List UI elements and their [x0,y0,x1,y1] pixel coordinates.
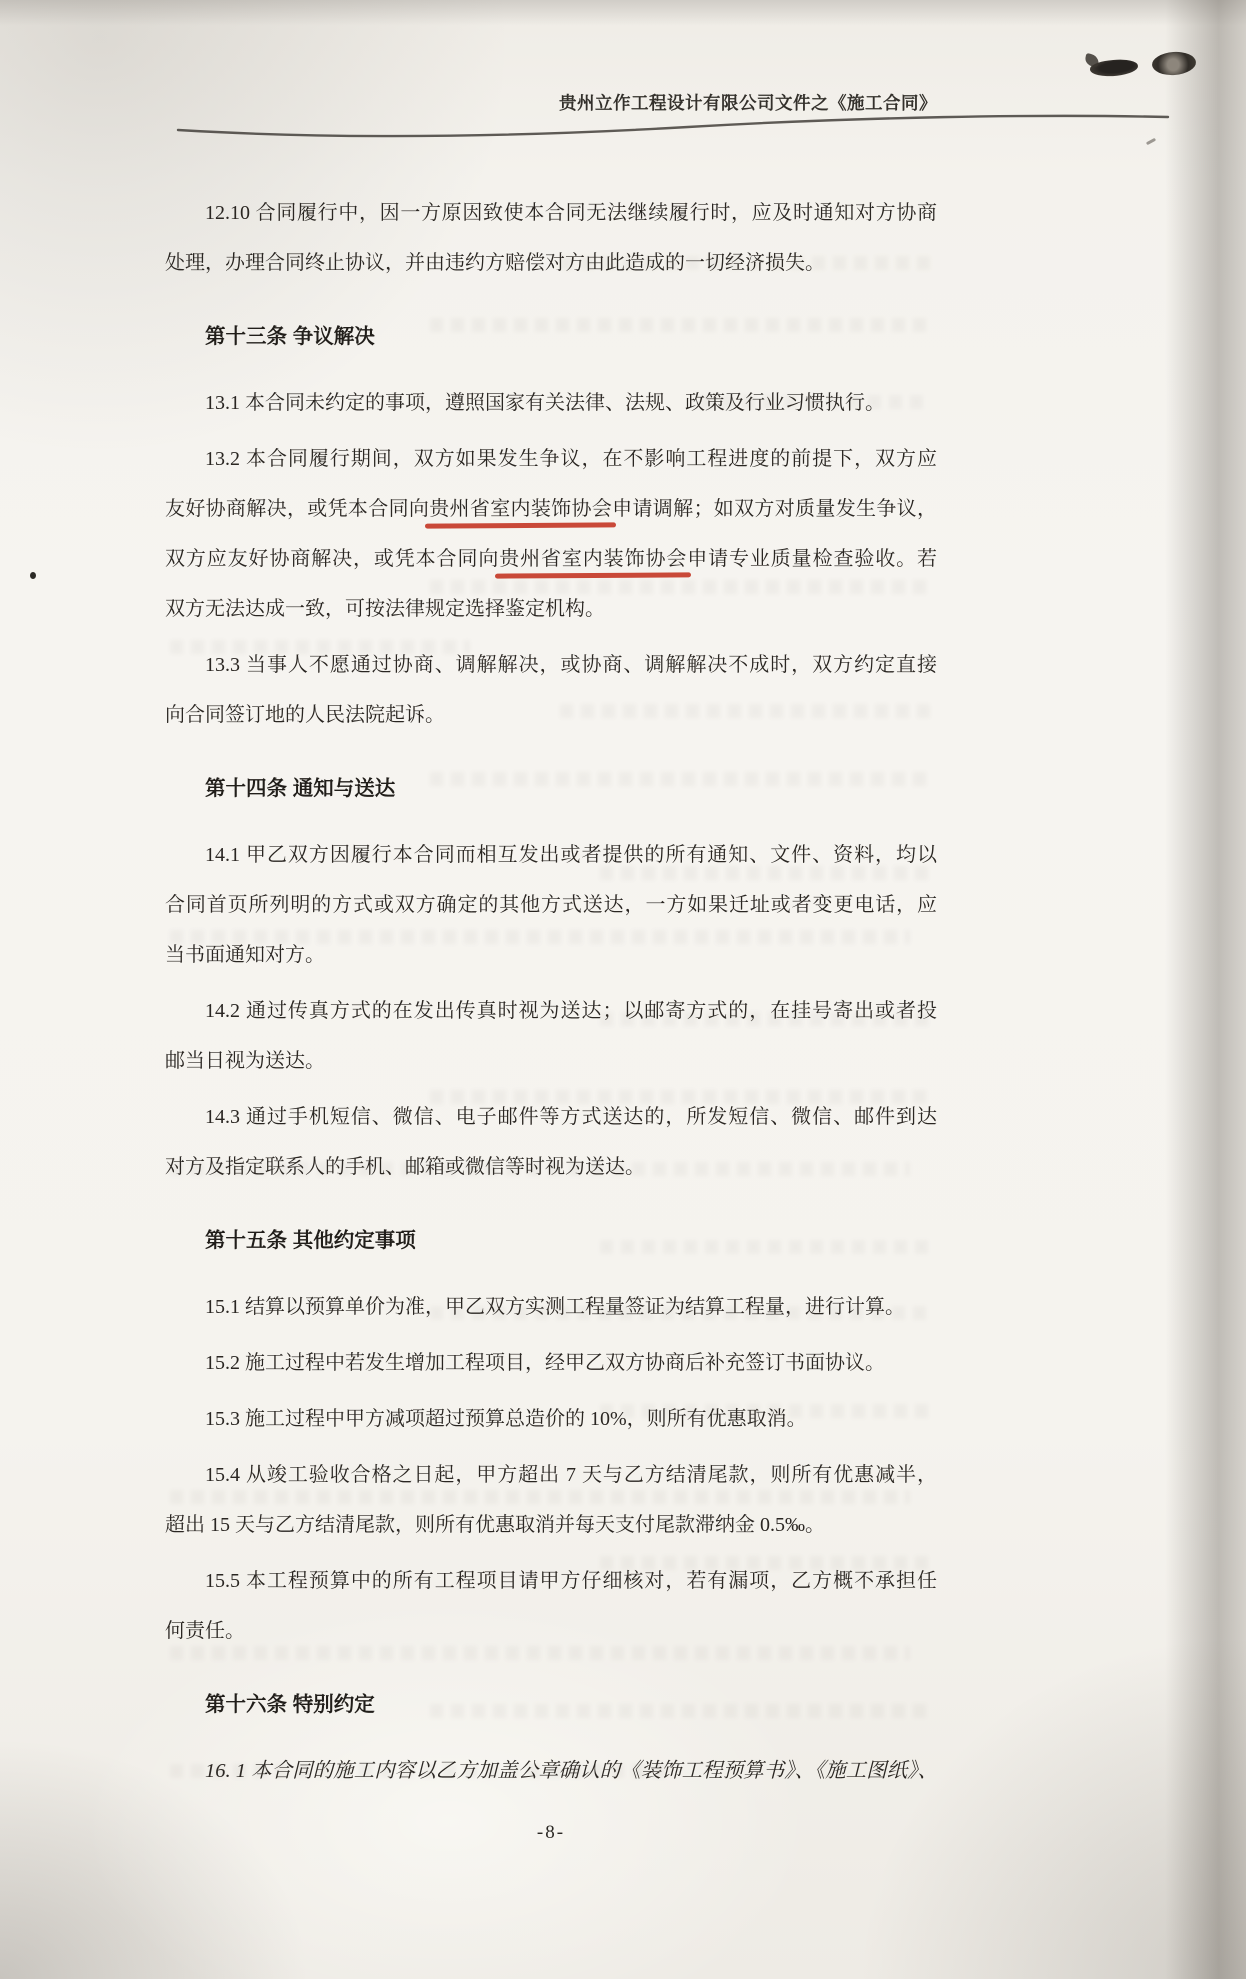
paragraph: 15.3 施工过程中甲方减项超过预算总造价的 10%，则所有优惠取消。 [165,1394,937,1444]
ink-smudge-mark [1151,50,1196,76]
text-segment: 超出 15 天与乙方结清尾款，则所有优惠取消并每天支付尾款滞纳金 0.5‰。 [165,1514,825,1536]
text-segment: 向合同签订地的人民法院起诉。 [165,704,445,726]
doc-line: 处理，办理合同终止协议，并由违约方赔偿对方由此造成的一切经济损失。 [165,238,937,288]
section-heading: 第十三条 争议解决 [165,312,937,362]
doc-line: 合同首页所列明的方式或双方确定的其他方式送达，一方如果迁址或者变更电话，应 [165,880,937,930]
text-segment: 14.1 甲乙双方因履行本合同而相互发出或者提供的所有通知、文件、资料，均以 [205,844,937,866]
text-segment: 15.1 结算以预算单价为准，甲乙双方实测工程量签证为结算工程量，进行计算。 [205,1296,905,1318]
text-segment: 13.3 当事人不愿通过协商、调解解决，或协商、调解解决不成时，双方约定直接 [205,654,937,676]
text-segment: 合同首页所列明的方式或双方确定的其他方式送达，一方如果迁址或者变更电话，应 [165,894,937,916]
text-segment: 当书面通知对方。 [165,944,325,966]
doc-line: 友好协商解决，或凭本合同向贵州省室内装饰协会申请调解；如双方对质量发生争议， [165,484,937,534]
section-heading: 第十六条 特别约定 [165,1680,937,1730]
doc-line: 向合同签订地的人民法院起诉。 [165,690,937,740]
doc-line: 14.2 通过传真方式的在发出传真时视为送达；以邮寄方式的，在挂号寄出或者投 [165,986,937,1036]
text-segment: 友好协商解决，或凭本合同向 [165,498,429,520]
doc-line: 第十三条 争议解决 [165,312,937,362]
text-segment: 15.3 施工过程中甲方减项超过预算总造价的 10%，则所有优惠取消。 [205,1408,807,1430]
text-segment: 双方应友好协商解决，或凭本合同向 [165,548,499,570]
doc-line: 13.3 当事人不愿通过协商、调解解决，或协商、调解解决不成时，双方约定直接 [165,640,937,690]
doc-line: 12.10 合同履行中，因一方原因致使本合同无法继续履行时，应及时通知对方协商 [165,188,937,238]
paper-speck [30,572,36,579]
section-heading: 第十四条 通知与送达 [165,764,937,814]
text-segment: 15.4 从竣工验收合格之日起，甲方超出 7 天与乙方结清尾款，则所有优惠减半， [205,1464,937,1486]
ink-smudge-mark [1089,58,1138,79]
text-segment: 处理，办理合同终止协议，并由违约方赔偿对方由此造成的一切经济损失。 [165,252,825,274]
text-segment: 14.2 通过传真方式的在发出传真时视为送达；以邮寄方式的，在挂号寄出或者投 [205,1000,937,1022]
doc-line: 第十五条 其他约定事项 [165,1216,937,1266]
page-number: -8- [165,1822,937,1844]
paragraph: 13.3 当事人不愿通过协商、调解解决，或协商、调解解决不成时，双方约定直接向合… [165,640,937,740]
paragraph: 14.2 通过传真方式的在发出传真时视为送达；以邮寄方式的，在挂号寄出或者投邮当… [165,986,937,1086]
doc-line: 15.1 结算以预算单价为准，甲乙双方实测工程量签证为结算工程量，进行计算。 [165,1282,937,1332]
text-segment: 第十五条 其他约定事项 [205,1229,416,1252]
text-segment: 15.5 本工程预算中的所有工程项目请甲方仔细核对，若有漏项，乙方概不承担任 [205,1570,937,1592]
paragraph: 15.5 本工程预算中的所有工程项目请甲方仔细核对，若有漏项，乙方概不承担任何责… [165,1556,937,1656]
doc-line: 15.3 施工过程中甲方减项超过预算总造价的 10%，则所有优惠取消。 [165,1394,937,1444]
section-heading: 第十五条 其他约定事项 [165,1216,937,1266]
paragraph: 13.2 本合同履行期间，双方如果发生争议，在不影响工程进度的前提下，双方应友好… [165,434,937,634]
text-segment: 邮当日视为送达。 [165,1050,325,1072]
doc-line: 超出 15 天与乙方结清尾款，则所有优惠取消并每天支付尾款滞纳金 0.5‰。 [165,1500,937,1550]
text-segment: 第十四条 通知与送达 [205,777,395,800]
paragraph: 13.1 本合同未约定的事项，遵照国家有关法律、法规、政策及行业习惯执行。 [165,378,937,428]
text-segment: 第十三条 争议解决 [205,325,375,348]
doc-line: 第十六条 特别约定 [165,1680,937,1730]
text-segment: 第十六条 特别约定 [205,1693,375,1716]
doc-line: 15.5 本工程预算中的所有工程项目请甲方仔细核对，若有漏项，乙方概不承担任 [165,1556,937,1606]
doc-line: 16. 1 本合同的施工内容以乙方加盖公章确认的《装饰工程预算书》、《施工图纸》… [165,1746,937,1796]
doc-line: 双方无法达成一致，可按法律规定选择鉴定机构。 [165,584,937,634]
scanned-contract-page: 贵州立作工程设计有限公司文件之《施工合同》 12.10 合同履行中，因一方原因致… [0,0,1246,1979]
text-segment: 15.2 施工过程中若发生增加工程项目，经甲乙双方协商后补充签订书面协议。 [205,1352,885,1374]
doc-line: 第十四条 通知与送达 [165,764,937,814]
text-segment: 13.2 本合同履行期间，双方如果发生争议，在不影响工程进度的前提下，双方应 [205,448,937,470]
text-segment: 对方及指定联系人的手机、邮箱或微信等时视为送达。 [165,1156,645,1178]
doc-line: 双方应友好协商解决，或凭本合同向贵州省室内装饰协会申请专业质量检查验收。若 [165,534,937,584]
text-segment: 14.3 通过手机短信、微信、电子邮件等方式送达的，所发短信、微信、邮件到达 [205,1106,937,1128]
doc-line: 13.2 本合同履行期间，双方如果发生争议，在不影响工程进度的前提下，双方应 [165,434,937,484]
paragraph: 16. 1 本合同的施工内容以乙方加盖公章确认的《装饰工程预算书》、《施工图纸》… [165,1746,937,1796]
paragraph: 15.4 从竣工验收合格之日起，甲方超出 7 天与乙方结清尾款，则所有优惠减半，… [165,1450,937,1550]
paragraph: 15.1 结算以预算单价为准，甲乙双方实测工程量签证为结算工程量，进行计算。 [165,1282,937,1332]
doc-line: 14.1 甲乙双方因履行本合同而相互发出或者提供的所有通知、文件、资料，均以 [165,830,937,880]
doc-body: 12.10 合同履行中，因一方原因致使本合同无法继续履行时，应及时通知对方协商处… [165,188,937,1796]
text-segment: 申请专业质量检查验收。若 [687,548,937,570]
text-segment: 16. 1 本合同的施工内容以乙方加盖公章确认的《装饰工程预算书》、《施工图纸》… [205,1760,938,1782]
doc-line: 13.1 本合同未约定的事项，遵照国家有关法律、法规、政策及行业习惯执行。 [165,378,937,428]
text-segment: 12.10 合同履行中，因一方原因致使本合同无法继续履行时，应及时通知对方协商 [205,202,937,224]
paragraph: 15.2 施工过程中若发生增加工程项目，经甲乙双方协商后补充签订书面协议。 [165,1338,937,1388]
doc-line: 15.2 施工过程中若发生增加工程项目，经甲乙双方协商后补充签订书面协议。 [165,1338,937,1388]
red-underline-annotation: 贵州省室内装饰协会 [429,498,612,520]
red-underline-annotation: 贵州省室内装饰协会 [499,548,687,570]
paragraph: 12.10 合同履行中，因一方原因致使本合同无法继续履行时，应及时通知对方协商处… [165,188,937,288]
doc-line: 15.4 从竣工验收合格之日起，甲方超出 7 天与乙方结清尾款，则所有优惠减半， [165,1450,937,1500]
doc-line: 当书面通知对方。 [165,930,937,980]
paragraph: 14.3 通过手机短信、微信、电子邮件等方式送达的，所发短信、微信、邮件到达对方… [165,1092,937,1192]
doc-line: 邮当日视为送达。 [165,1036,937,1086]
doc-line: 对方及指定联系人的手机、邮箱或微信等时视为送达。 [165,1142,937,1192]
header-rule-line [168,103,1178,147]
text-segment: 双方无法达成一致，可按法律规定选择鉴定机构。 [165,598,605,620]
doc-line: 何责任。 [165,1606,937,1656]
paragraph: 14.1 甲乙双方因履行本合同而相互发出或者提供的所有通知、文件、资料，均以合同… [165,830,937,980]
text-segment: 13.1 本合同未约定的事项，遵照国家有关法律、法规、政策及行业习惯执行。 [205,392,885,414]
doc-line: 14.3 通过手机短信、微信、电子邮件等方式送达的，所发短信、微信、邮件到达 [165,1092,937,1142]
text-segment: 何责任。 [165,1620,245,1642]
text-segment: 申请调解；如双方对质量发生争议， [612,498,937,520]
